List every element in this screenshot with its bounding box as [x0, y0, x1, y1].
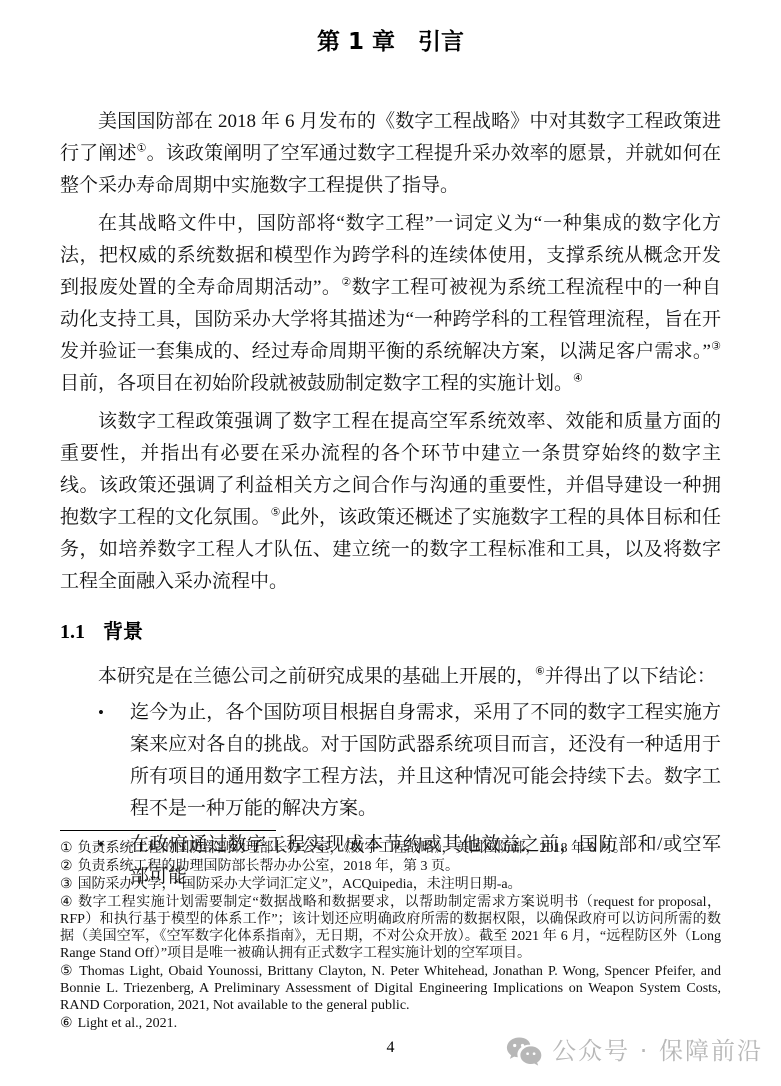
footnote-4: ④数字工程实施计划需要制定“数据战略和数据要求，以帮助制定需求方案说明书（req…: [60, 894, 721, 962]
footnote-separator-rule: [60, 830, 276, 831]
footnote-marker: ⑥: [60, 1016, 73, 1031]
paragraph-3: 该数字工程政策强调了数字工程在提高空军系统效率、效能和质量方面的重要性，并指出有…: [60, 406, 721, 598]
footnote-text: 数字工程实施计划需要制定“数据战略和数据要求，以帮助制定需求方案说明书（requ…: [60, 895, 721, 961]
footnote-3: ③国防采办大学，“国防采办大学词汇定义”，ACQuipedia，未注明日期-a。: [60, 876, 721, 893]
section-title: 背景: [103, 619, 143, 643]
footnote-marker: ⑤: [60, 964, 74, 979]
bullet-item-1: • 迄今为止，各个国防项目根据自身需求，采用了不同的数字工程实施方案来应对各自的…: [60, 697, 721, 825]
section-intro-paragraph: 本研究是在兰德公司之前研究成果的基础上开展的，⑥并得出了以下结论：: [60, 661, 721, 693]
footnotes-section: ①负责系统工程的国防部副助理部长办公室，《数字工程战略》，美国国防部，2018 …: [60, 830, 721, 1032]
footnote-text: 负责系统工程的国防部副助理部长办公室，《数字工程战略》，美国国防部，2018 年…: [78, 841, 628, 856]
chapter-title: 第 1 章 引言: [0, 26, 781, 58]
paragraph-2: 在其战略文件中，国防部将“数字工程”一词定义为“一种集成的数字化方法，把权威的系…: [60, 208, 721, 400]
footnote-ref-6: ⑥: [535, 666, 545, 678]
wechat-watermark: 公众号 · 保障前沿: [506, 1034, 763, 1068]
footnote-6: ⑥Light et al., 2021.: [60, 1015, 721, 1032]
wechat-icon: [506, 1036, 542, 1066]
footnote-1: ①负责系统工程的国防部副助理部长办公室，《数字工程战略》，美国国防部，2018 …: [60, 840, 721, 857]
paragraph-1: 美国国防部在 2018 年 6 月发布的《数字工程战略》中对其数字工程政策进行了…: [60, 106, 721, 202]
section-number: 1.1: [60, 621, 85, 643]
footnote-marker: ③: [60, 877, 73, 892]
footnote-marker: ④: [60, 895, 73, 910]
footnote-marker: ②: [60, 859, 73, 874]
footnote-5: ⑤Thomas Light, Obaid Younossi, Brittany …: [60, 963, 721, 1014]
paragraph-text: 本研究是在兰德公司之前研究成果的基础上开展的，: [98, 666, 535, 687]
watermark-text: 公众号 · 保障前沿: [552, 1034, 763, 1068]
footnote-text: Light et al., 2021.: [78, 1016, 178, 1031]
paragraph-text: 并得出了以下结论：: [545, 666, 716, 687]
footnote-marker: ①: [60, 841, 73, 856]
footnote-ref-3: ③: [711, 341, 721, 353]
footnote-ref-2: ②: [341, 277, 351, 289]
footnote-ref-5: ⑤: [271, 507, 281, 519]
footnote-ref-4: ④: [573, 373, 583, 385]
footnote-text: 负责系统工程的助理国防部长帮办办公室，2018 年，第 3 页。: [78, 859, 460, 874]
footnote-text: 国防采办大学，“国防采办大学词汇定义”，ACQuipedia，未注明日期-a。: [78, 877, 522, 892]
paragraph-text: 目前，各项目在初始阶段就被鼓励制定数字工程的实施计划。: [60, 373, 573, 394]
footnote-ref-1: ①: [137, 143, 147, 155]
footnote-text: Thomas Light, Obaid Younossi, Brittany C…: [60, 964, 721, 1013]
paragraph-text: 。该政策阐明了空军通过数字工程提升采办效率的愿景，并就如何在整个采办寿命周期中实…: [60, 143, 721, 196]
section-heading-background: 1.1背景: [60, 616, 721, 647]
bullet-icon: •: [98, 697, 104, 729]
document-page: 第 1 章 引言 美国国防部在 2018 年 6 月发布的《数字工程战略》中对其…: [0, 0, 781, 1086]
body-text-block: 美国国防部在 2018 年 6 月发布的《数字工程战略》中对其数字工程政策进行了…: [60, 106, 721, 598]
footnote-2: ②负责系统工程的助理国防部长帮办办公室，2018 年，第 3 页。: [60, 858, 721, 875]
bullet-text: 迄今为止，各个国防项目根据自身需求，采用了不同的数字工程实施方案来应对各自的挑战…: [130, 702, 721, 819]
